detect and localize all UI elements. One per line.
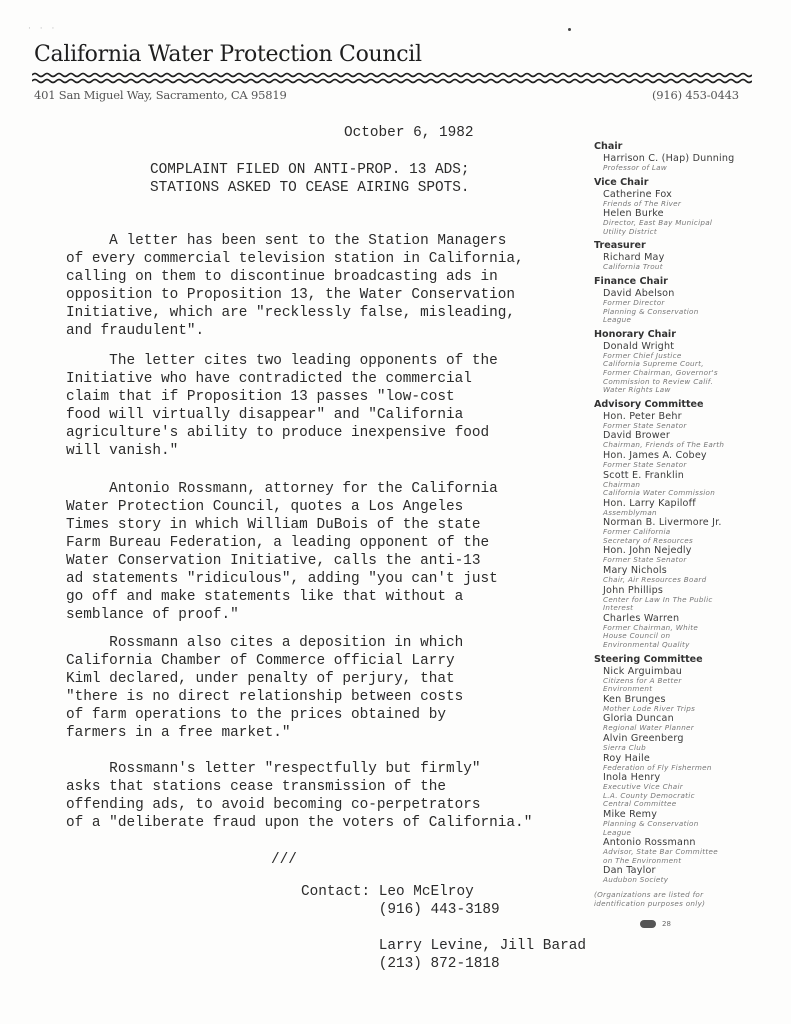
member-affiliation: Federation of Fly Fishermen <box>603 764 784 773</box>
member-affiliation: Assemblyman <box>603 509 784 518</box>
member-name: John Phillips <box>603 585 784 596</box>
member-affiliation: Regional Water Planner <box>603 724 784 733</box>
roster-member: Hon. John NejedlyFormer State Senator <box>594 545 784 565</box>
roster-member: Hon. Larry KapiloffAssemblyman <box>594 498 784 518</box>
roster-member: Dan TaylorAudubon Society <box>594 865 784 885</box>
member-affiliation: Audubon Society <box>603 876 784 885</box>
scan-artifact: · · · <box>28 24 57 34</box>
roster-member: Alvin GreenbergSierra Club <box>594 733 784 753</box>
roster-member: Mary NicholsChair, Air Resources Board <box>594 565 784 585</box>
roster-member: Richard MayCalifornia Trout <box>594 252 784 272</box>
roster-role-heading: Treasurer <box>594 240 784 252</box>
union-label: 28 <box>594 920 784 928</box>
member-affiliation: California Water Commission <box>603 489 784 498</box>
roster-member: John PhillipsCenter for Law In The Publi… <box>594 585 784 613</box>
roster-member: Inola HenryExecutive Vice ChairL.A. Coun… <box>594 772 784 809</box>
release-date: October 6, 1982 <box>344 124 474 142</box>
union-label-number: 28 <box>662 920 671 928</box>
member-name: Catherine Fox <box>603 189 784 200</box>
member-affiliation: Environmental Quality <box>603 641 784 650</box>
roster-member: Antonio RossmannAdvisor, State Bar Commi… <box>594 837 784 865</box>
member-affiliation: League <box>603 316 784 325</box>
roster-member: Hon. Peter BehrFormer State Senator <box>594 411 784 431</box>
wave-rule-icon <box>32 70 752 86</box>
member-name: Scott E. Franklin <box>603 470 784 481</box>
member-affiliation: on The Environment <box>603 857 784 866</box>
member-affiliation: California Trout <box>603 263 784 272</box>
member-affiliation: Professor of Law <box>603 164 784 173</box>
roster-member: Gloria DuncanRegional Water Planner <box>594 713 784 733</box>
roster-member: David BrowerChairman, Friends of The Ear… <box>594 430 784 450</box>
roster-member: Nick ArguimbauCitizens for A BetterEnvir… <box>594 666 784 694</box>
member-name: Roy Haile <box>603 753 784 764</box>
roster-member: Donald WrightFormer Chief JusticeCalifor… <box>594 341 784 395</box>
board-roster: ChairHarrison C. (Hap) DunningProfessor … <box>594 137 784 928</box>
contact-block: Contact: Leo McElroy (916) 443-3189 Larr… <box>301 883 586 973</box>
roster-role-heading: Finance Chair <box>594 276 784 288</box>
roster-role-heading: Advisory Committee <box>594 399 784 411</box>
member-affiliation: Interest <box>603 604 784 613</box>
member-affiliation: Water Rights Law <box>603 386 784 395</box>
roster-role-heading: Vice Chair <box>594 177 784 189</box>
end-marker: /// <box>271 851 297 869</box>
body-paragraph: Rossmann's letter "respectfully but firm… <box>66 760 532 832</box>
member-affiliation: Sierra Club <box>603 744 784 753</box>
roster-role-heading: Honorary Chair <box>594 329 784 341</box>
roster-member: Roy HaileFederation of Fly Fishermen <box>594 753 784 773</box>
member-affiliation: Secretary of Resources <box>603 537 784 546</box>
roster-member: Mike RemyPlanning & ConservationLeague <box>594 809 784 837</box>
roster-member: Harrison C. (Hap) DunningProfessor of La… <box>594 153 784 173</box>
member-affiliation: Former State Senator <box>603 422 784 431</box>
organization-address: 401 San Miguel Way, Sacramento, CA 95819 <box>34 88 287 102</box>
body-paragraph: A letter has been sent to the Station Ma… <box>66 232 524 340</box>
member-affiliation: Former State Senator <box>603 556 784 565</box>
organization-phone: (916) 453-0443 <box>652 88 739 102</box>
body-paragraph: The letter cites two leading opponents o… <box>66 352 498 460</box>
member-affiliation: Friends of The River <box>603 200 784 209</box>
member-affiliation: Mother Lode River Trips <box>603 705 784 714</box>
roster-member: Hon. James A. CobeyFormer State Senator <box>594 450 784 470</box>
headline: COMPLAINT FILED ON ANTI-PROP. 13 ADS; ST… <box>150 161 470 197</box>
member-affiliation: Chair, Air Resources Board <box>603 576 784 585</box>
body-paragraph: Antonio Rossmann, attorney for the Calif… <box>66 480 498 624</box>
member-affiliation: Former State Senator <box>603 461 784 470</box>
roster-member: Scott E. FranklinChairmanCalifornia Wate… <box>594 470 784 498</box>
roster-member: Ken BrungesMother Lode River Trips <box>594 694 784 714</box>
organization-name: California Water Protection Council <box>34 42 422 67</box>
roster-member: Helen BurkeDirector, East Bay MunicipalU… <box>594 208 784 236</box>
letter-page: · · · California Water Protection Counci… <box>0 0 791 1024</box>
member-affiliation: Chairman, Friends of The Earth <box>603 441 784 450</box>
member-affiliation: Central Committee <box>603 800 784 809</box>
member-affiliation: Environment <box>603 685 784 694</box>
roster-role-heading: Steering Committee <box>594 654 784 666</box>
member-affiliation: Utility District <box>603 228 784 237</box>
scan-artifact <box>568 28 571 31</box>
body-paragraph: Rossmann also cites a deposition in whic… <box>66 634 463 742</box>
roster-member: Catherine FoxFriends of The River <box>594 189 784 209</box>
member-name: Nick Arguimbau <box>603 666 784 677</box>
roster-footnote: (Organizations are listed for identifica… <box>594 891 784 908</box>
roster-member: Norman B. Livermore Jr.Former California… <box>594 517 784 545</box>
union-bug-icon <box>640 920 656 928</box>
roster-member: Charles WarrenFormer Chairman, WhiteHous… <box>594 613 784 650</box>
member-affiliation: League <box>603 829 784 838</box>
roster-member: David AbelsonFormer DirectorPlanning & C… <box>594 288 784 325</box>
roster-role-heading: Chair <box>594 141 784 153</box>
